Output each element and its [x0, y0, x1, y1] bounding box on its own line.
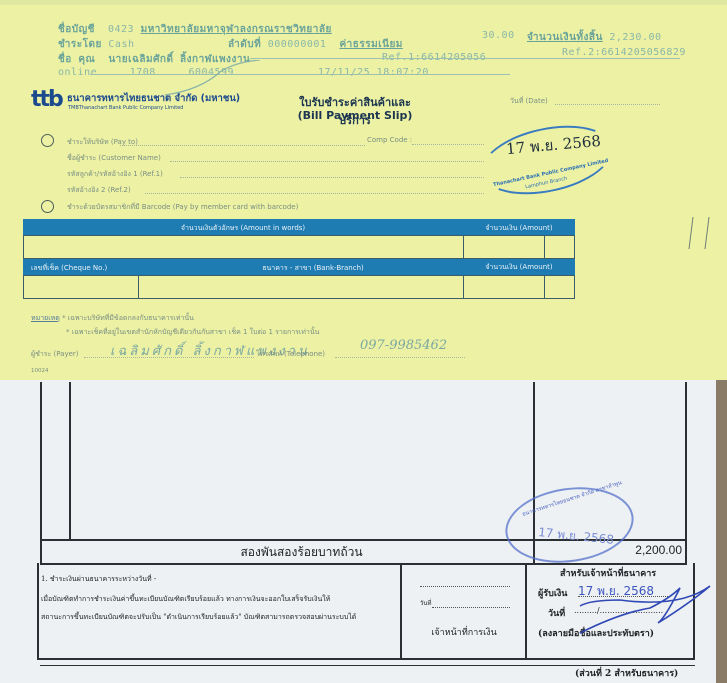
printed-paid-by: ชำระโดย Cash [58, 37, 135, 52]
signature-icon [560, 578, 720, 638]
cheque-no-cell[interactable] [23, 275, 139, 299]
date-field[interactable] [555, 104, 660, 105]
printed-account-line: ชื่อบัญชี 0423 มหาวิทยาลัยมหาจุฬาลงกรณรา… [58, 22, 332, 37]
grid-line [400, 563, 402, 660]
cheque-no-header: เลขที่เช็ค (Cheque No.) [31, 263, 107, 274]
print-strike-line [90, 74, 510, 75]
pay-to-radio[interactable] [41, 134, 54, 147]
barcode-label: ชำระด้วยบัตรสมาชิกที่มี Barcode (Pay by … [67, 202, 298, 213]
telephone-field[interactable] [335, 357, 465, 358]
printed-ref2: Ref.2:6614205056829 [562, 47, 686, 58]
paid-by-label: ชำระโดย [58, 39, 102, 50]
amount-header-2: จำนวนเงิน (Amount) [463, 262, 575, 273]
printed-fee-value: 30.00 [482, 30, 515, 41]
grid-line [685, 539, 687, 565]
printed-total: จำนวนเงินทั้งสิ้น 2,230.00 [527, 30, 662, 45]
bank-name-en: TMBThanachart Bank Public Company Limite… [68, 105, 183, 111]
amount-in-words: สองพันสองร้อยบาทถ้วน [70, 543, 533, 562]
part-label: (ส่วนที่ 2 สำหรับธนาคาร) [575, 666, 678, 680]
grid-line [40, 382, 42, 540]
fee-label: ค่าธรรมเนียม [339, 39, 402, 50]
ref2-label: รหัสอ้างอิง 2 (Ref.2) [67, 185, 131, 196]
sequence-value: 000000001 [268, 39, 327, 50]
finance-officer-label: เจ้าหน้าที่การเงิน [405, 625, 523, 639]
pay-to-field[interactable] [120, 145, 365, 146]
print-strike-line [250, 58, 680, 59]
cheque-satang-cell[interactable] [544, 275, 575, 299]
amount-words-header: จำนวนเงินตัวอักษร (Amount in words) [23, 223, 463, 234]
slip-title-en: (Bill Payment Slip) [290, 109, 420, 122]
total-value: 2,230.00 [609, 32, 661, 43]
comp-code-label: Comp Code : [367, 136, 412, 144]
bank-name-th: ธนาคารทหารไทยธนชาต จำกัด (มหาชน) [67, 91, 240, 106]
slip-top-edge [0, 0, 727, 5]
grid-line [40, 563, 687, 565]
grid-line [37, 658, 695, 660]
bank-branch-cell[interactable] [138, 275, 464, 299]
account-code: 0423 [108, 24, 134, 35]
pay-to-label: ชำระให้บริษัท (Pay to) [67, 137, 138, 148]
total-label: จำนวนเงินทั้งสิ้น [527, 32, 603, 43]
grid-line [37, 563, 39, 660]
paid-by-value: Cash [108, 39, 134, 50]
grid-line [69, 382, 71, 540]
comp-code-field[interactable] [412, 144, 484, 145]
customer-name-field[interactable] [170, 161, 484, 162]
telephone-handwritten: 097-9985462 [360, 338, 447, 353]
bank-branch-header: ธนาคาร - สาขา (Bank-Branch) [163, 263, 463, 274]
ref2-field[interactable] [145, 193, 484, 194]
notes: หมายเหตุ * เฉพาะบริษัทที่มีข้อตกลงกับธนา… [31, 313, 194, 324]
note-line-2: เมื่อบัณฑิตทำการชำระเงินค่าขึ้นทะเบียนบั… [41, 594, 330, 605]
barcode-radio[interactable] [41, 200, 54, 213]
cheque-amount-cell[interactable] [463, 275, 545, 299]
amount-words-cell[interactable] [23, 235, 464, 259]
note-2: * เฉพาะเช็คที่อยู่ในเขตสำนักหักบัญชีเดีย… [66, 327, 319, 338]
payer-label: ผู้ชำระ (Payer) [31, 349, 79, 360]
note-line-3: สถานะการขึ้นทะเบียนบัณฑิตจะปรับเป็น "ดำเ… [41, 612, 356, 623]
printed-sequence: ลำดับที่ 000000001 ค่าธรรมเนียม [228, 37, 403, 52]
amount-table-header: จำนวนเงินตัวอักษร (Amount in words) จำนว… [23, 219, 575, 235]
grid-line [685, 382, 687, 540]
bank-logo: ttb [31, 87, 62, 112]
finance-date-label: วันที่ [420, 598, 431, 608]
finance-signature-field[interactable] [420, 586, 510, 587]
amount-header: จำนวนเงิน (Amount) [463, 223, 575, 234]
note-line-1: 1. ชำระเงินผ่านธนาคารระหว่างวันที่ - [41, 574, 156, 585]
form-code: 10024 [31, 368, 49, 374]
telephone-label: โทรศัพท์ (Telephone) [256, 349, 325, 360]
account-label: ชื่อบัญชี [58, 24, 95, 35]
branch-code: 1708 [130, 67, 156, 78]
pen-marks-icon [685, 215, 720, 255]
ref1-field[interactable] [180, 177, 484, 178]
account-name: มหาวิทยาลัยมหาจุฬาลงกรณราชวิทยาลัย [141, 24, 332, 35]
grid-line [40, 539, 42, 565]
date-label: วันที่ (Date) [510, 96, 548, 107]
grid-line [525, 563, 527, 660]
channel: online [58, 67, 97, 78]
amount-baht-cell[interactable] [463, 235, 545, 259]
note-1: * เฉพาะบริษัทที่มีข้อตกลงกับธนาคารเท่านั… [62, 314, 194, 322]
sequence-label: ลำดับที่ [228, 39, 261, 50]
finance-date-field[interactable] [432, 607, 510, 608]
printed-datetime: 17/11/25 18:07:20 [318, 67, 429, 78]
cheque-table-header: เลขที่เช็ค (Cheque No.) ธนาคาร - สาขา (B… [23, 259, 575, 275]
note-label: หมายเหตุ [31, 314, 60, 322]
ref1-label: รหัสลูกค้า/รหัสอ้างอิง 1 (Ref.1) [67, 169, 163, 180]
amount-satang-cell[interactable] [544, 235, 575, 259]
name-label: ชื่อ คุณ [58, 54, 95, 65]
customer-name-label: ชื่อผู้ชำระ (Customer Name) [67, 153, 161, 164]
